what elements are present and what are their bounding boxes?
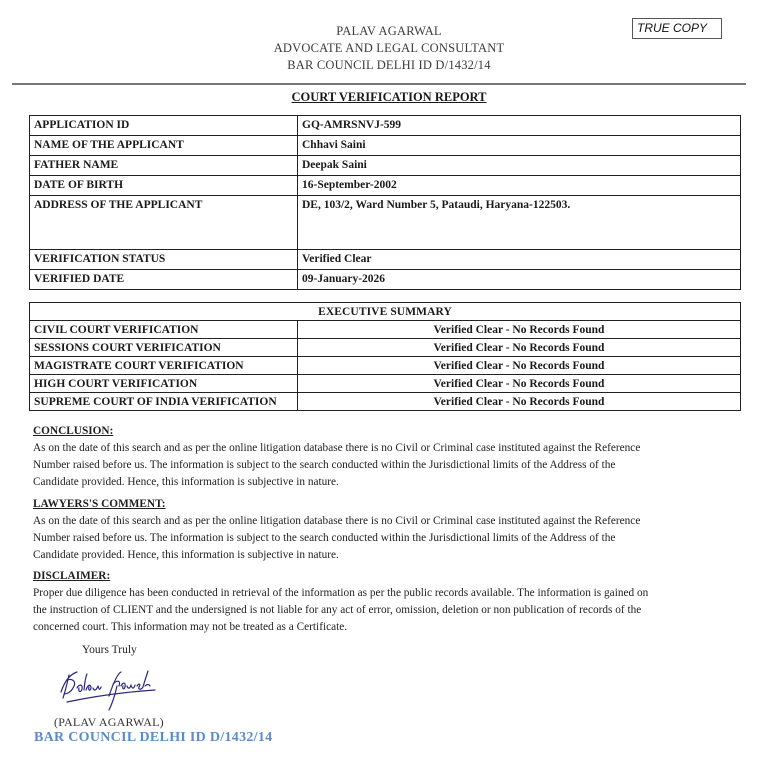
application-id-value: GQ-AMRSNVJ-599 bbox=[298, 116, 741, 136]
closing-text: Yours Truly bbox=[82, 644, 137, 656]
table-row: SESSIONS COURT VERIFICATION Verified Cle… bbox=[30, 339, 741, 357]
field-label: NAME OF THE APPLICANT bbox=[30, 136, 298, 156]
conclusion-line: As on the date of this search and as per… bbox=[33, 440, 745, 457]
signer-bar-council-id: BAR COUNCIL DELHI ID D/1432/14 bbox=[34, 730, 272, 746]
court-status: Verified Clear - No Records Found bbox=[298, 393, 741, 411]
field-label: DATE OF BIRTH bbox=[30, 176, 298, 196]
table-row: VERIFIED DATE 09-January-2026 bbox=[30, 270, 741, 290]
disclaimer-line: the instruction of CLIENT and the unders… bbox=[33, 602, 745, 619]
table-row: VERIFICATION STATUS Verified Clear bbox=[30, 250, 741, 270]
field-label: VERIFIED DATE bbox=[30, 270, 298, 290]
court-status: Verified Clear - No Records Found bbox=[298, 321, 741, 339]
executive-summary-table: EXECUTIVE SUMMARY CIVIL COURT VERIFICATI… bbox=[29, 302, 741, 411]
father-name-value: Deepak Saini bbox=[298, 156, 741, 176]
court-status: Verified Clear - No Records Found bbox=[298, 339, 741, 357]
disclaimer-line: Proper due diligence has been conducted … bbox=[33, 585, 745, 602]
address-value: DE, 103/2, Ward Number 5, Pataudi, Harya… bbox=[298, 196, 741, 250]
table-row: FATHER NAME Deepak Saini bbox=[30, 156, 741, 176]
signer-name: (PALAV AGARWAL) bbox=[54, 715, 164, 730]
table-row: HIGH COURT VERIFICATION Verified Clear -… bbox=[30, 375, 741, 393]
conclusion-line: Number raised before us. The information… bbox=[33, 457, 745, 474]
conclusion-section: CONCLUSION: As on the date of this searc… bbox=[33, 423, 745, 491]
field-label: ADDRESS OF THE APPLICANT bbox=[30, 196, 298, 250]
true-copy-stamp: TRUE COPY bbox=[632, 18, 722, 39]
court-label: CIVIL COURT VERIFICATION bbox=[30, 321, 298, 339]
disclaimer-heading: DISCLAIMER: bbox=[33, 568, 745, 585]
court-status: Verified Clear - No Records Found bbox=[298, 357, 741, 375]
table-row: MAGISTRATE COURT VERIFICATION Verified C… bbox=[30, 357, 741, 375]
table-row: CIVIL COURT VERIFICATION Verified Clear … bbox=[30, 321, 741, 339]
table-row: ADDRESS OF THE APPLICANT DE, 103/2, Ward… bbox=[30, 196, 741, 250]
applicant-info-table: APPLICATION ID GQ-AMRSNVJ-599 NAME OF TH… bbox=[29, 115, 741, 290]
lawyers-comment-section: LAWYERS'S COMMENT: As on the date of thi… bbox=[33, 496, 745, 564]
date-of-birth-value: 16-September-2002 bbox=[298, 176, 741, 196]
advocate-designation: ADVOCATE AND LEGAL CONSULTANT bbox=[0, 40, 778, 57]
field-label: FATHER NAME bbox=[30, 156, 298, 176]
table-row: DATE OF BIRTH 16-September-2002 bbox=[30, 176, 741, 196]
table-row: NAME OF THE APPLICANT Chhavi Saini bbox=[30, 136, 741, 156]
field-label: APPLICATION ID bbox=[30, 116, 298, 136]
verified-date-value: 09-January-2026 bbox=[298, 270, 741, 290]
bar-council-id: BAR COUNCIL DELHI ID D/1432/14 bbox=[0, 57, 778, 74]
table-row: APPLICATION ID GQ-AMRSNVJ-599 bbox=[30, 116, 741, 136]
court-label: MAGISTRATE COURT VERIFICATION bbox=[30, 357, 298, 375]
applicant-name-value: Chhavi Saini bbox=[298, 136, 741, 156]
report-title: COURT VERIFICATION REPORT bbox=[0, 90, 778, 105]
verification-status-value: Verified Clear bbox=[298, 250, 741, 270]
disclaimer-section: DISCLAIMER: Proper due diligence has bee… bbox=[33, 568, 745, 636]
table-header-row: EXECUTIVE SUMMARY bbox=[30, 303, 741, 321]
conclusion-line: Candidate provided. Hence, this informat… bbox=[33, 474, 745, 491]
handwritten-signature-icon bbox=[55, 666, 165, 714]
disclaimer-line: concerned court. This information may no… bbox=[33, 619, 745, 636]
lawyers-comment-heading: LAWYERS'S COMMENT: bbox=[33, 496, 745, 513]
header-divider bbox=[12, 83, 746, 85]
executive-summary-title: EXECUTIVE SUMMARY bbox=[30, 303, 741, 321]
field-label: VERIFICATION STATUS bbox=[30, 250, 298, 270]
court-label: SUPREME COURT OF INDIA VERIFICATION bbox=[30, 393, 298, 411]
court-label: SESSIONS COURT VERIFICATION bbox=[30, 339, 298, 357]
court-status: Verified Clear - No Records Found bbox=[298, 375, 741, 393]
lawyers-comment-line: Candidate provided. Hence, this informat… bbox=[33, 547, 745, 564]
lawyers-comment-line: As on the date of this search and as per… bbox=[33, 513, 745, 530]
conclusion-heading: CONCLUSION: bbox=[33, 423, 745, 440]
lawyers-comment-line: Number raised before us. The information… bbox=[33, 530, 745, 547]
court-label: HIGH COURT VERIFICATION bbox=[30, 375, 298, 393]
table-row: SUPREME COURT OF INDIA VERIFICATION Veri… bbox=[30, 393, 741, 411]
